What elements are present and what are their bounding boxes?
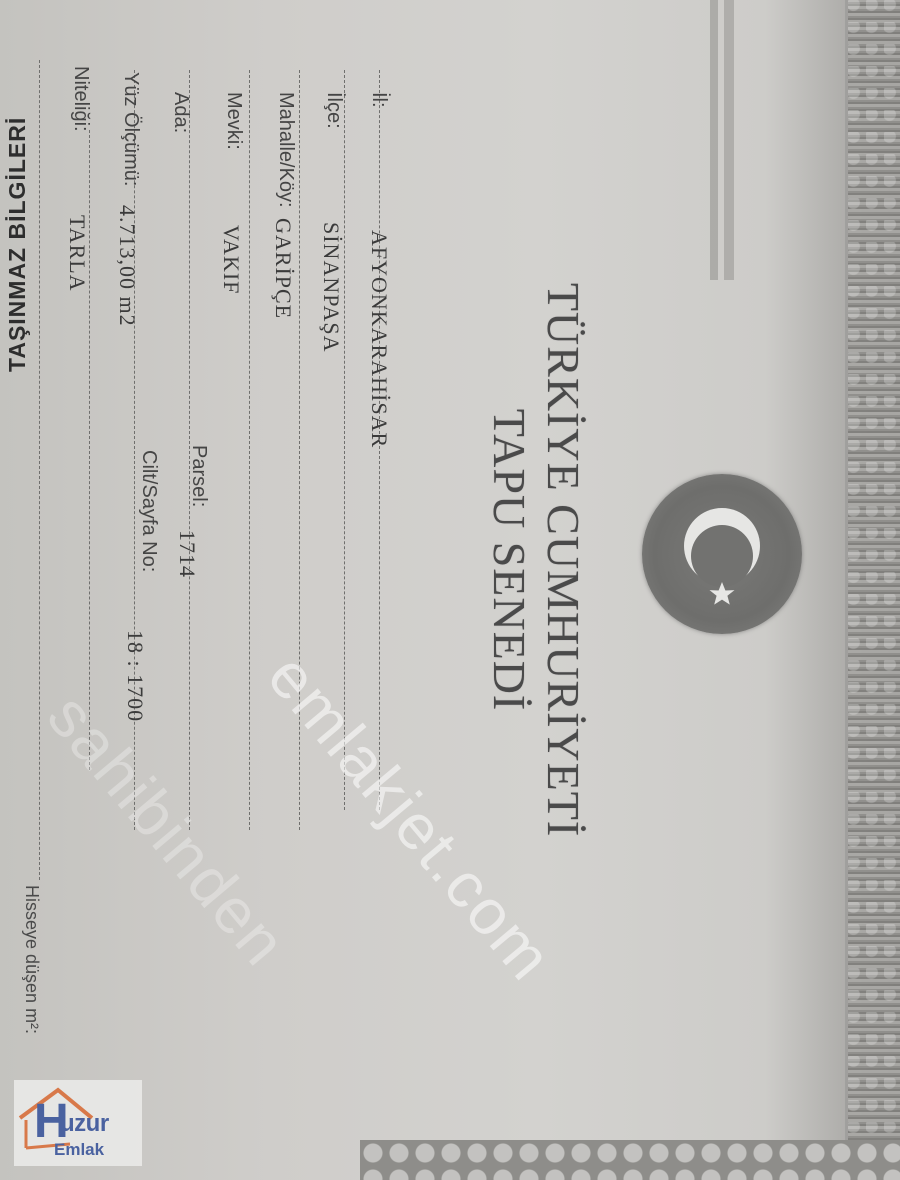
label-yuzolcumu: Yüz Ölçümü: — [119, 72, 142, 186]
value-ilce: SİNANPAŞA — [318, 222, 344, 352]
value-parsel: 1714 — [174, 530, 200, 578]
document-photo: TÜRKİYE CUMHURİYETİ TAPU SENEDİ TAŞINMAZ… — [0, 0, 900, 1180]
watermark-faint: sahibinden — [33, 680, 302, 980]
label-il: İl: — [367, 92, 390, 108]
crescent-star-icon — [642, 474, 802, 634]
title-country: TÜRKİYE CUMHURİYETİ — [536, 260, 590, 860]
label-hisse: Hisseye düşen m²: — [21, 885, 42, 1034]
label-parsel: Parsel: — [187, 445, 210, 507]
label-mevki: Mevki: — [222, 92, 245, 150]
crescent-star-emblem — [642, 474, 802, 634]
deed-title: TÜRKİYE CUMHURİYETİ TAPU SENEDİ — [482, 260, 590, 860]
label-ilce: İlçe: — [322, 92, 345, 129]
title-deed-name: TAPU SENEDİ — [482, 260, 536, 860]
title-deed: TÜRKİYE CUMHURİYETİ TAPU SENEDİ TAŞINMAZ… — [0, 0, 900, 1180]
label-niteligi: Niteliği: — [69, 66, 92, 132]
logo-brand: uzur — [60, 1110, 109, 1138]
value-mevki: VAKIF — [218, 225, 244, 294]
section-title: TAŞINMAZ BİLGİLERİ — [4, 117, 31, 372]
value-niteligi: TARLA — [64, 215, 90, 292]
row-divider — [249, 70, 250, 830]
value-cilt-sayfa: 18 : 1700 — [122, 630, 148, 722]
label-ada: Ada: — [169, 92, 192, 133]
value-il: AFYONKARAHİSAR — [366, 230, 392, 448]
value-yuzolcumu: 4.713,00 m2 — [114, 205, 140, 327]
huzur-emlak-logo: H uzur Emlak — [14, 1080, 142, 1166]
value-mahalle: GARİPÇE — [270, 218, 296, 319]
label-mahalle: Mahalle/Köy: — [274, 92, 297, 208]
label-cilt-sayfa: Cilt/Sayfa No: — [137, 450, 160, 572]
logo-subtitle: Emlak — [54, 1140, 104, 1160]
row-divider — [39, 60, 40, 880]
